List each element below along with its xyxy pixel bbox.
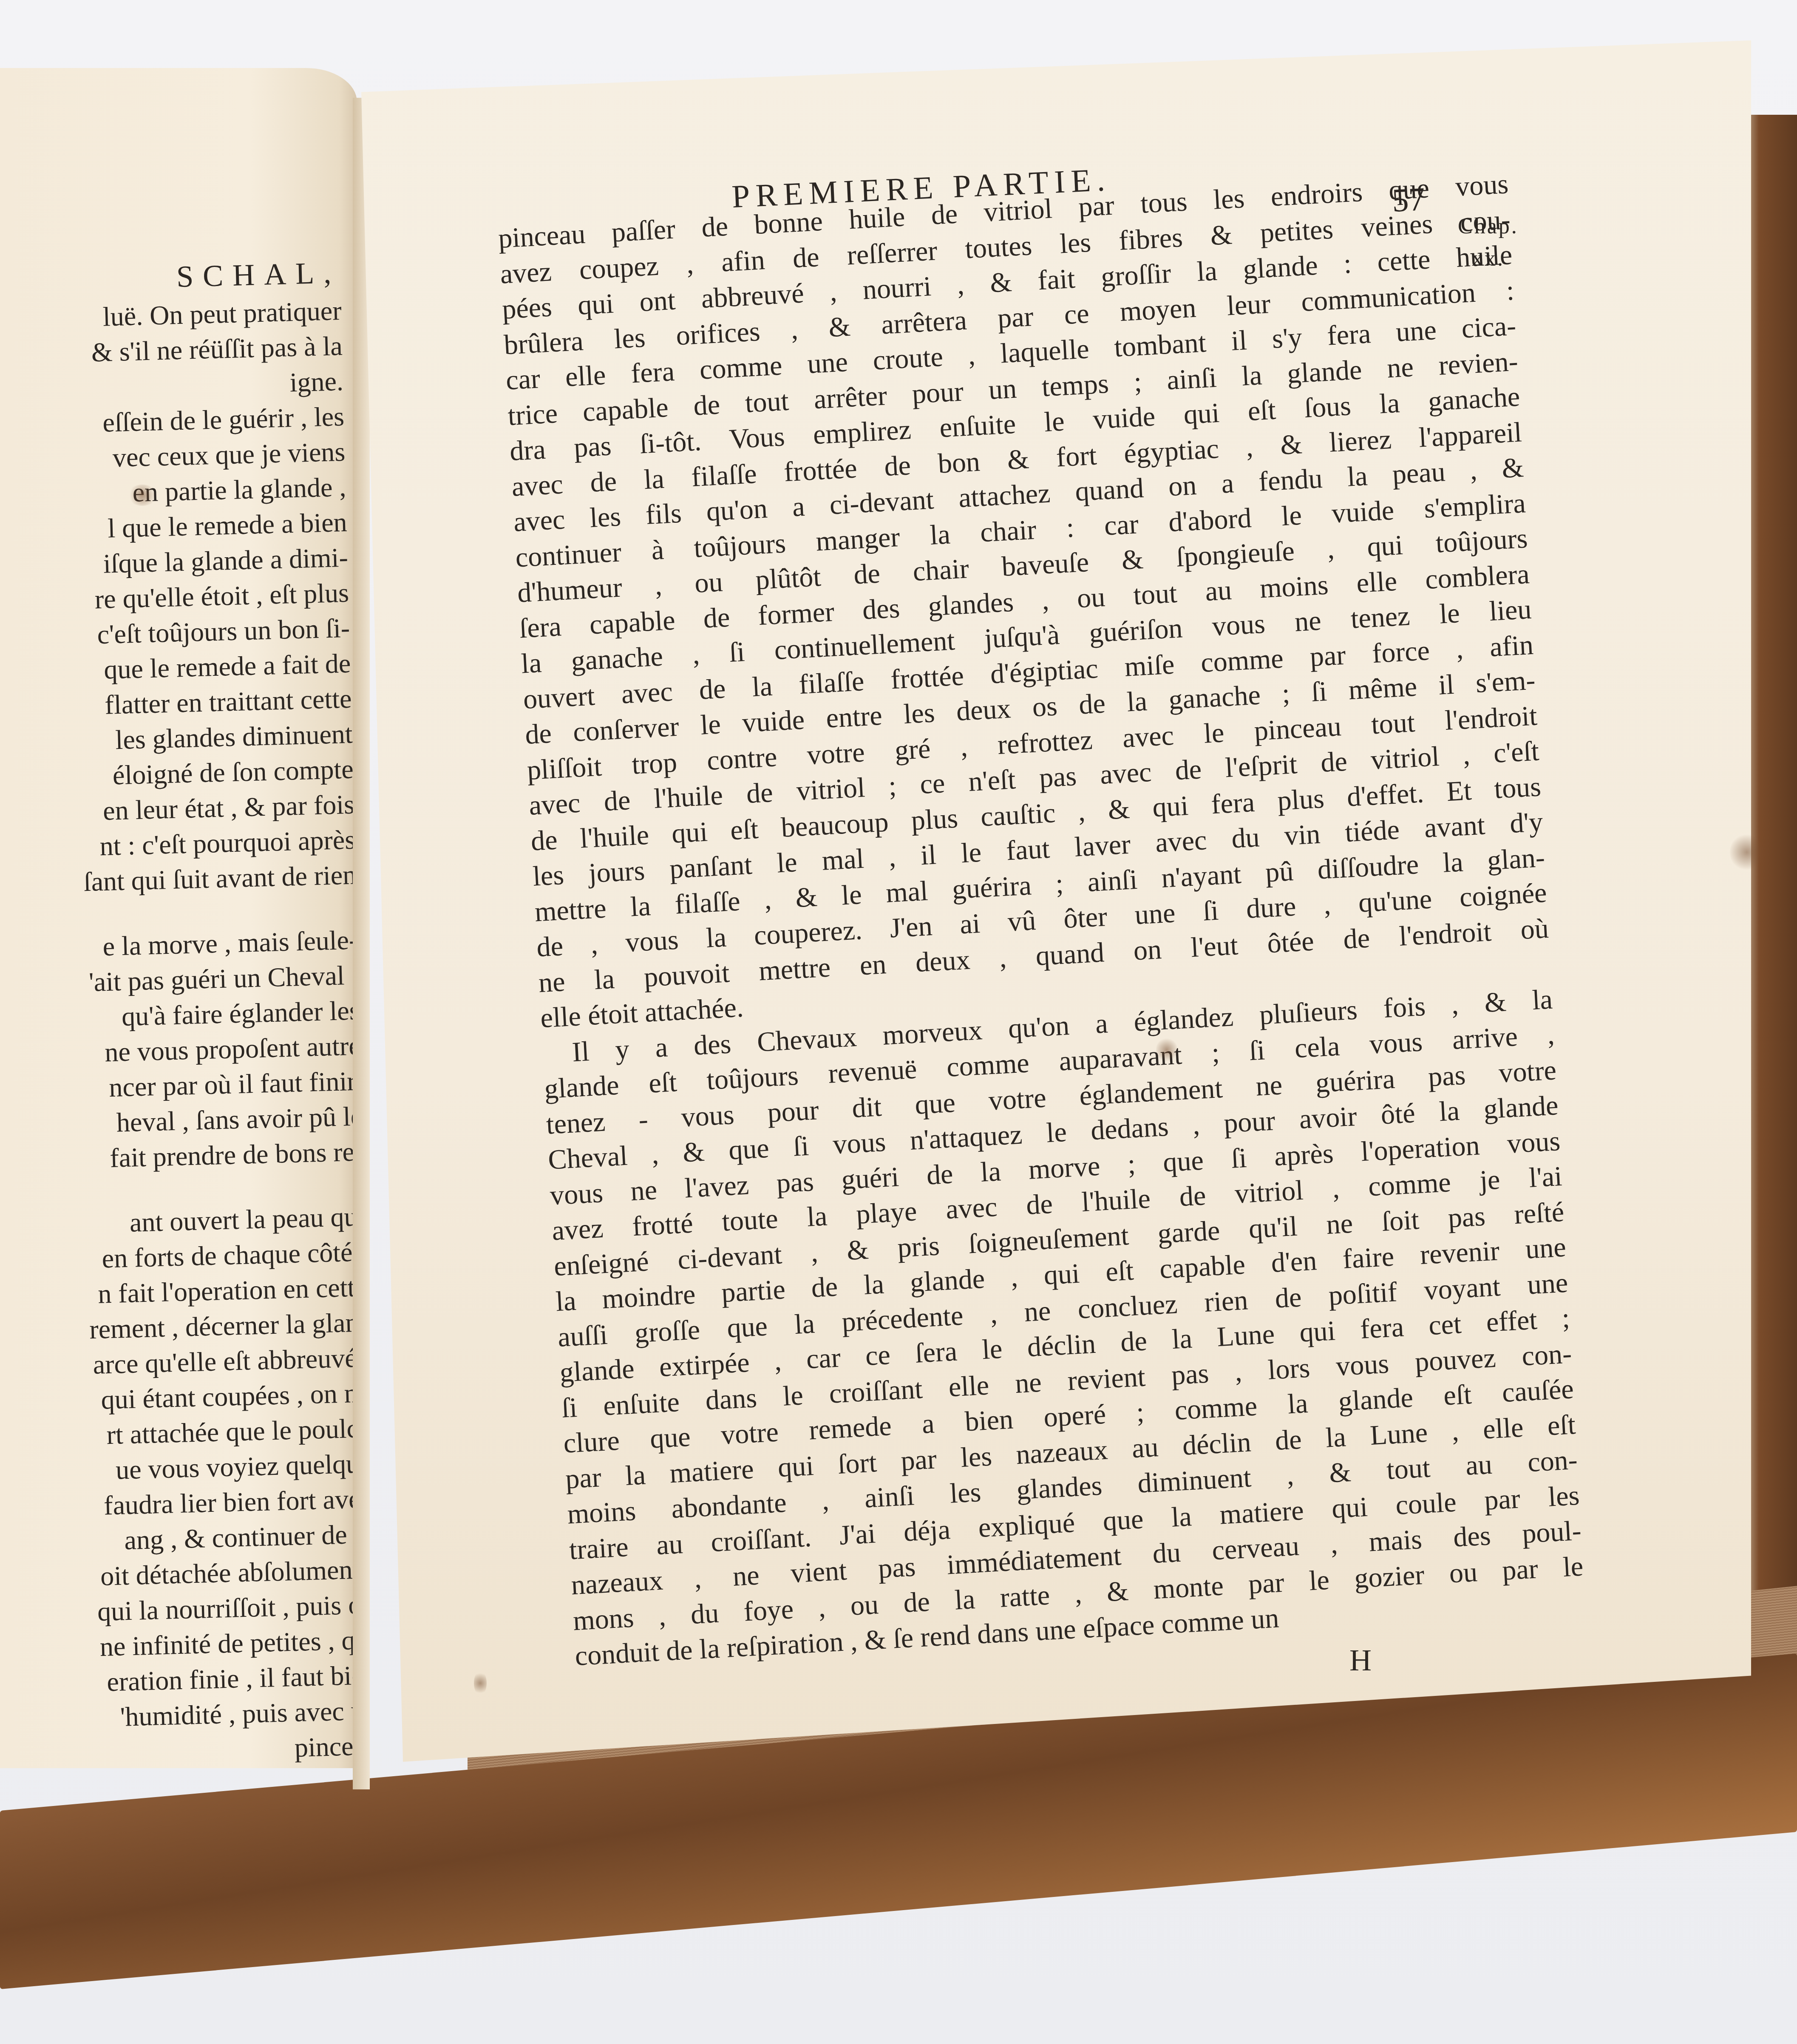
signature-mark: H [1349, 1643, 1372, 1678]
open-book-photo: SCHAL, luë. On peut pratiquer& s'il ne r… [0, 0, 1797, 2044]
right-page-text: pinceau paſſer de bonne huile de vitriol… [497, 166, 1586, 1674]
book-gutter [353, 98, 370, 1789]
foxing-stain [1730, 833, 1764, 871]
left-page: SCHAL, luë. On peut pratiquer& s'il ne r… [0, 68, 357, 1768]
foxing-stain [1156, 1037, 1177, 1063]
foxing-stain [128, 485, 157, 506]
foxing-stain [474, 1670, 487, 1696]
left-running-head: SCHAL, [0, 255, 341, 299]
left-page-text: SCHAL, luë. On peut pratiquer& s'il ne r… [0, 255, 357, 1768]
